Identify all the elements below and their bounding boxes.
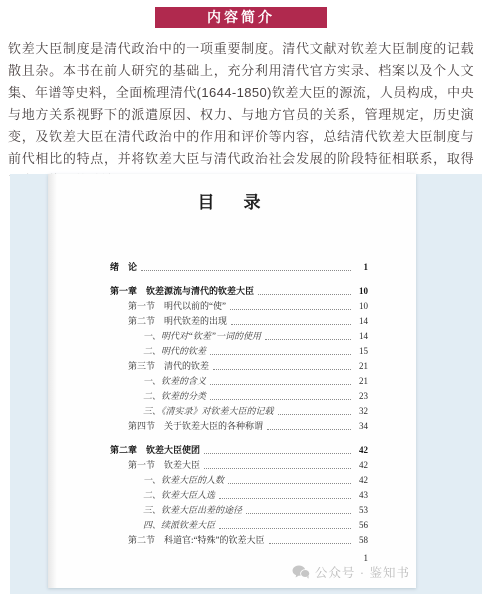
toc-entry-page-number: 14 — [354, 330, 368, 343]
toc-entry-page-number: 42 — [354, 444, 368, 457]
toc-entry-label: 第二章 钦差大臣使团 — [110, 444, 200, 457]
toc-entry-page-number: 34 — [354, 420, 368, 433]
page-folio-number: 1 — [48, 553, 368, 563]
toc-entry-page-number: 10 — [354, 300, 368, 313]
toc-entry-page-number: 56 — [354, 519, 368, 532]
toc-row: 一、明代对“钦差”一词的使用 14 — [110, 328, 368, 343]
toc-row: 二、明代的钦差 15 — [110, 343, 368, 358]
dotted-leader — [231, 324, 351, 325]
dotted-leader — [141, 270, 351, 271]
toc-entry-label: 二、钦差的分类 — [143, 390, 206, 403]
toc-entry-label: 第二节 科道官:“特殊”的钦差大臣 — [128, 534, 265, 547]
dotted-leader — [204, 453, 351, 454]
toc-entry-label: 三、钦差大臣出差的途径 — [143, 504, 242, 517]
toc-page-title: 目 录 — [48, 188, 416, 213]
toc-entry-label: 二、明代的钦差 — [143, 345, 206, 358]
dotted-leader — [210, 399, 351, 400]
toc-row: 三、《清实录》对钦差大臣的记载 32 — [110, 403, 368, 418]
toc-row: 绪 论 1 — [110, 259, 368, 274]
toc-row: 第四节 关于钦差大臣的各种称谓 34 — [110, 418, 368, 433]
toc-row: 二、钦差大臣人选 43 — [110, 487, 368, 502]
toc-entry-page-number: 14 — [354, 315, 368, 328]
toc-entry-page-number: 42 — [354, 474, 368, 487]
toc-entry-page-number: 23 — [354, 390, 368, 403]
toc-row: 第一节 钦差大臣 42 — [110, 457, 368, 472]
toc-entry-label: 一、钦差的含义 — [143, 375, 206, 388]
toc-entry-label: 第二节 明代钦差的出现 — [128, 315, 227, 328]
dotted-leader — [219, 498, 351, 499]
dotted-leader — [230, 309, 351, 310]
toc-entry-page-number: 21 — [354, 375, 368, 388]
toc-entry-page-number: 21 — [354, 360, 368, 373]
dotted-leader — [267, 429, 351, 430]
dotted-leader — [210, 384, 351, 385]
toc-entry-page-number: 10 — [354, 285, 368, 298]
toc-entry-label: 一、明代对“钦差”一词的使用 — [143, 330, 261, 343]
watermark-text: 公众号 · 鉴知书 — [315, 563, 410, 581]
toc-entry-label: 一、钦差大臣的人数 — [143, 474, 224, 487]
book-page: 目 录 绪 论 1 第一章 钦差源流与清代的钦差大臣 10 第一节 明代以前的“… — [48, 174, 416, 588]
dotted-leader — [219, 528, 351, 529]
toc-entry-label: 二、钦差大臣人选 — [143, 489, 215, 502]
toc-entry-label: 第一节 钦差大臣 — [128, 459, 200, 472]
toc-entry-page-number: 42 — [354, 459, 368, 472]
toc-entry-label: 第一节 明代以前的“使” — [128, 300, 226, 313]
section-banner-content-intro: 内容简介 — [155, 7, 327, 28]
dotted-leader — [278, 414, 351, 415]
dotted-leader — [246, 513, 351, 514]
toc-entry-page-number: 15 — [354, 345, 368, 358]
intro-paragraph: 钦差大臣制度是清代政治中的一项重要制度。清代文献对钦差大臣制度的记载散且杂。本书… — [8, 38, 474, 192]
toc-row: 第二章 钦差大臣使团 42 — [110, 442, 368, 457]
toc-entry-label: 第三节 清代的钦差 — [128, 360, 209, 373]
toc-row: 第二节 明代钦差的出现 14 — [110, 313, 368, 328]
dotted-leader — [258, 294, 351, 295]
toc-row: 二、钦差的分类 23 — [110, 388, 368, 403]
toc-entry-page-number: 58 — [354, 534, 368, 547]
book-toc-photo[interactable]: 目 录 绪 论 1 第一章 钦差源流与清代的钦差大臣 10 第一节 明代以前的“… — [10, 174, 482, 594]
dotted-leader — [210, 354, 351, 355]
toc-row: 三、钦差大臣出差的途径 53 — [110, 502, 368, 517]
toc-row: 一、钦差大臣的人数 42 — [110, 472, 368, 487]
toc-entry-label: 第四节 关于钦差大臣的各种称谓 — [128, 420, 263, 433]
dotted-leader — [204, 468, 351, 469]
toc-entry-page-number: 1 — [354, 261, 368, 274]
toc-row: 第一节 明代以前的“使” 10 — [110, 298, 368, 313]
toc-row: 第一章 钦差源流与清代的钦差大臣 10 — [110, 283, 368, 298]
toc-list: 绪 论 1 第一章 钦差源流与清代的钦差大臣 10 第一节 明代以前的“使” 1… — [110, 259, 368, 547]
toc-row: 第三节 清代的钦差 21 — [110, 358, 368, 373]
toc-entry-label: 三、《清实录》对钦差大臣的记载 — [143, 405, 274, 418]
dotted-leader — [269, 543, 352, 544]
dotted-leader — [213, 369, 351, 370]
toc-row: 第二节 科道官:“特殊”的钦差大臣 58 — [110, 532, 368, 547]
toc-row: 一、钦差的含义 21 — [110, 373, 368, 388]
toc-entry-label: 第一章 钦差源流与清代的钦差大臣 — [110, 285, 254, 298]
toc-entry-label: 四、续派钦差大臣 — [143, 519, 215, 532]
watermark: 公众号 · 鉴知书 — [292, 563, 410, 581]
toc-entry-label: 绪 论 — [110, 261, 137, 274]
toc-row: 四、续派钦差大臣 56 — [110, 517, 368, 532]
toc-entry-page-number: 53 — [354, 504, 368, 517]
toc-entry-page-number: 32 — [354, 405, 368, 418]
banner-label: 内容简介 — [207, 9, 275, 25]
wechat-icon — [292, 565, 310, 579]
dotted-leader — [265, 339, 351, 340]
toc-entry-page-number: 43 — [354, 489, 368, 502]
dotted-leader — [228, 483, 351, 484]
